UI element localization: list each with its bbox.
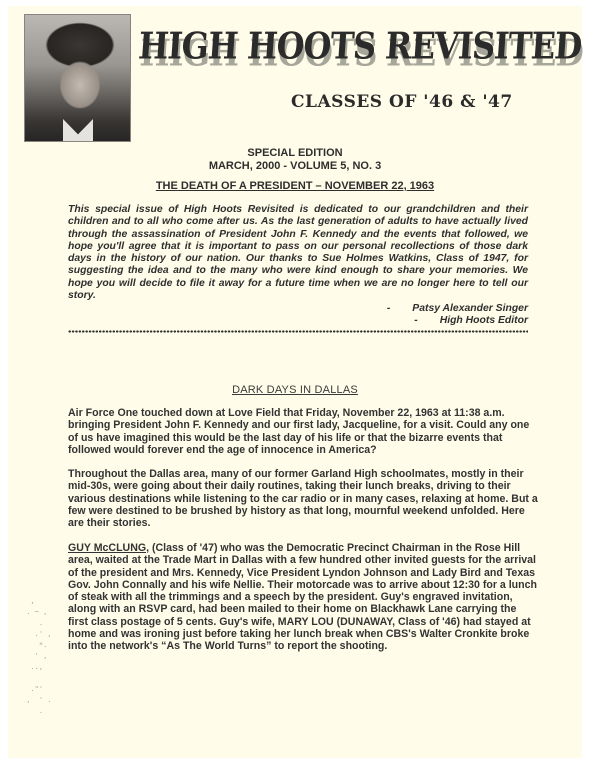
dotted-divider: [68, 330, 528, 333]
article-paragraph: Throughout the Dallas area, many of our …: [68, 468, 538, 529]
person-name-guy-mcclung: GUY McCLUNG,: [68, 542, 149, 554]
signature-dash: -: [414, 315, 417, 326]
editor-title: High Hoots Editor: [440, 315, 528, 326]
edition-label: SPECIAL EDITION: [8, 147, 582, 160]
section-title: DARK DAYS IN DALLAS: [8, 384, 582, 396]
issue-headline: THE DEATH OF A PRESIDENT – NOVEMBER 22, …: [8, 180, 582, 192]
newsletter-page: HIGH HOOTS REVISITED CLASSES OF '46 & '4…: [8, 6, 582, 758]
signature-dash: -: [387, 303, 390, 314]
article-paragraph: GUY McCLUNG, (Class of '47) who was the …: [68, 542, 538, 653]
dedication-paragraph: This special issue of High Hoots Revisit…: [68, 204, 528, 302]
paragraph-text: (Class of '47) who was the Democratic Pr…: [68, 542, 537, 652]
article-paragraph: Air Force One touched down at Love Field…: [68, 407, 538, 456]
kennedy-portrait-photo: [24, 14, 131, 142]
masthead-title: HIGH HOOTS REVISITED: [137, 24, 570, 68]
edition-info: SPECIAL EDITION MARCH, 2000 - VOLUME 5, …: [8, 147, 582, 173]
masthead-subtitle: CLASSES OF '46 & '47: [291, 92, 513, 112]
shirt-collar: [63, 119, 93, 141]
editor-name: Patsy Alexander Singer: [412, 303, 528, 314]
edition-date-volume: MARCH, 2000 - VOLUME 5, NO. 3: [8, 160, 582, 173]
scan-artifacts: , . ~ , . .' , *. ' , .., ."' , ' . .: [22, 596, 62, 726]
editor-signature: -Patsy Alexander Singer -High Hoots Edit…: [68, 303, 528, 328]
